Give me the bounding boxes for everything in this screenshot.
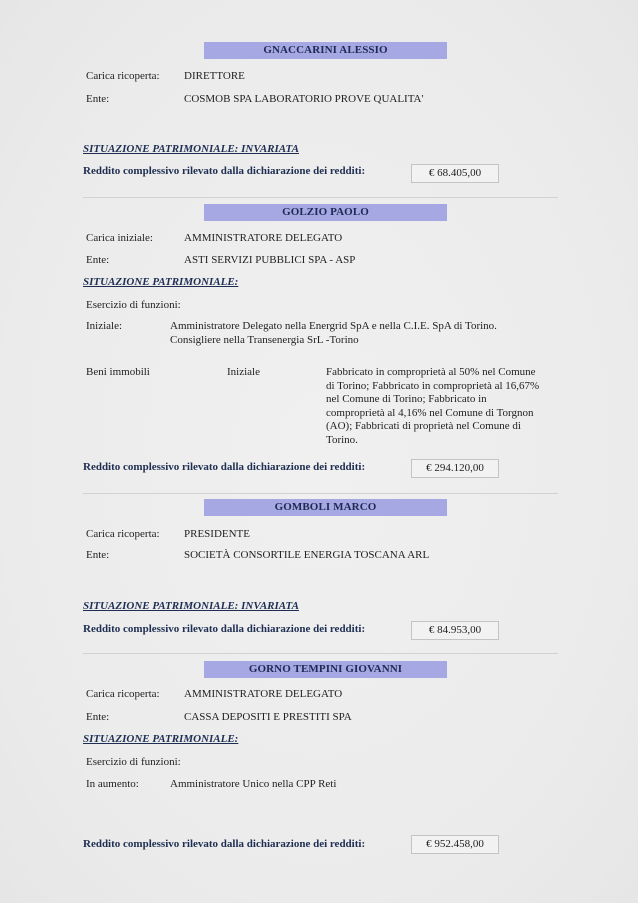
beni-line: comproprietà al 4,16% nel Comune di Torg… [326,407,539,421]
funzioni-list: Amministratore Delegato nella Energrid S… [170,320,497,347]
ente-label: Ente: [86,549,109,561]
reddito-label: Reddito complessivo rilevato dalla dichi… [83,623,365,635]
beni-stato: Iniziale [227,366,260,378]
funzioni-line: Amministratore Delegato nella Energrid S… [170,320,497,334]
beni-line: Torino. [326,434,539,448]
reddito-label: Reddito complessivo rilevato dalla dichi… [83,838,365,850]
carica-value: AMMINISTRATORE DELEGATO [184,232,342,244]
esercizio-label: Esercizio di funzioni: [86,299,181,311]
situazione-patrimoniale: SITUAZIONE PATRIMONIALE: INVARIATA [83,143,299,155]
ente-label: Ente: [86,254,109,266]
ente-label: Ente: [86,711,109,723]
person-name-header: GOLZIO PAOLO [204,204,447,221]
funzioni-value: Amministratore Unico nella CPP Reti [170,778,336,790]
ente-value: COSMOB SPA LABORATORIO PROVE QUALITA' [184,93,423,105]
beni-line: di Torino; Fabbricato in comproprietà al… [326,380,539,394]
funzioni-label: In aumento: [86,778,139,790]
carica-label: Carica ricoperta: [86,528,160,540]
carica-value: DIRETTORE [184,70,245,82]
reddito-amount: € 84.953,00 [411,621,499,640]
section-divider [83,493,558,494]
funzioni-line: Consigliere nella Transenergia SrL -Tori… [170,334,497,348]
carica-label: Carica iniziale: [86,232,153,244]
document-page: GNACCARINI ALESSIO Carica ricoperta: DIR… [0,0,638,903]
reddito-amount: € 68.405,00 [411,164,499,183]
section-divider [83,197,558,198]
reddito-amount: € 294.120,00 [411,459,499,478]
beni-immobili-label: Beni immobili [86,366,150,378]
reddito-label: Reddito complessivo rilevato dalla dichi… [83,461,365,473]
ente-value: ASTI SERVIZI PUBBLICI SPA - ASP [184,254,355,266]
reddito-label: Reddito complessivo rilevato dalla dichi… [83,165,365,177]
situazione-patrimoniale: SITUAZIONE PATRIMONIALE: [83,276,238,288]
beni-immobili-description: Fabbricato in comproprietà al 50% nel Co… [326,366,539,447]
reddito-amount: € 952.458,00 [411,835,499,854]
person-name-header: GOMBOLI MARCO [204,499,447,516]
person-name-header: GORNO TEMPINI GIOVANNI [204,661,447,678]
ente-value: CASSA DEPOSITI E PRESTITI SPA [184,711,352,723]
funzioni-label: Iniziale: [86,320,122,332]
esercizio-label: Esercizio di funzioni: [86,756,181,768]
carica-value: PRESIDENTE [184,528,250,540]
situazione-patrimoniale: SITUAZIONE PATRIMONIALE: INVARIATA [83,600,299,612]
carica-label: Carica ricoperta: [86,688,160,700]
ente-value: SOCIETÀ CONSORTILE ENERGIA TOSCANA ARL [184,549,429,561]
person-name-header: GNACCARINI ALESSIO [204,42,447,59]
beni-line: nel Comune di Torino; Fabbricato in [326,393,539,407]
carica-value: AMMINISTRATORE DELEGATO [184,688,342,700]
beni-line: (AO); Fabbricati di proprietà nel Comune… [326,420,539,434]
section-divider [83,653,558,654]
beni-line: Fabbricato in comproprietà al 50% nel Co… [326,366,539,380]
carica-label: Carica ricoperta: [86,70,160,82]
situazione-patrimoniale: SITUAZIONE PATRIMONIALE: [83,733,238,745]
ente-label: Ente: [86,93,109,105]
